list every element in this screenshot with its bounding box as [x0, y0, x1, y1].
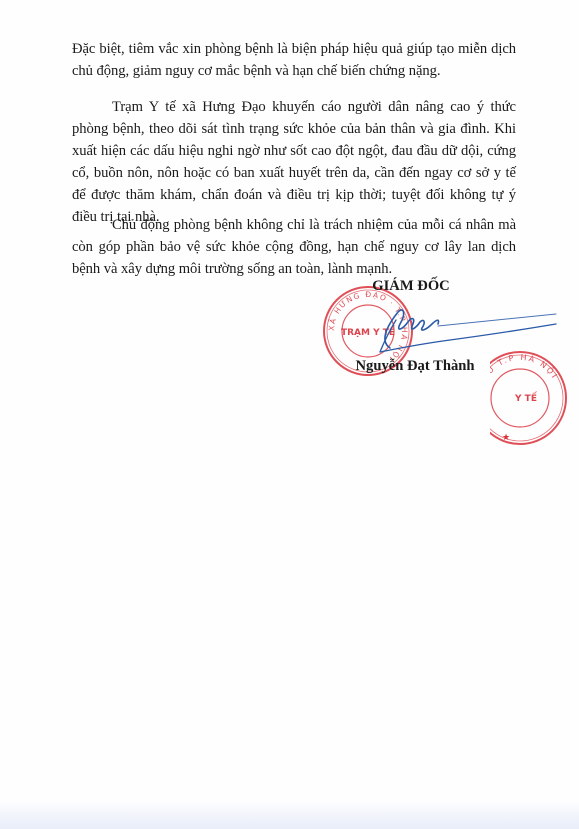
- paragraph-vaccination: Đặc biệt, tiêm vắc xin phòng bệnh là biệ…: [72, 38, 516, 82]
- partial-stamp-center-text: Y TẾ: [514, 391, 538, 404]
- document-page: Đặc biệt, tiêm vắc xin phòng bệnh là biệ…: [0, 0, 579, 829]
- paragraph-text: Chủ động phòng bệnh không chỉ là trách n…: [72, 214, 516, 280]
- star-icon: ★: [502, 433, 510, 443]
- signer-name: Nguyễn Đạt Thành: [340, 358, 490, 375]
- paragraph-text: Đặc biệt, tiêm vắc xin phòng bệnh là biệ…: [72, 38, 516, 82]
- partial-stamp-icon: ĐẠO T.P HÀ NỘI Y TẾ ★: [490, 348, 579, 448]
- paragraph-recommendation: Trạm Y tế xã Hưng Đạo khuyến cáo người d…: [72, 96, 516, 228]
- signer-title: GIÁM ĐỐC: [356, 278, 466, 295]
- scan-edge-shadow: [0, 801, 579, 829]
- handwritten-signature-icon: [360, 300, 560, 360]
- paragraph-community: Chủ động phòng bệnh không chỉ là trách n…: [72, 214, 516, 280]
- paragraph-text: Trạm Y tế xã Hưng Đạo khuyến cáo người d…: [72, 96, 516, 228]
